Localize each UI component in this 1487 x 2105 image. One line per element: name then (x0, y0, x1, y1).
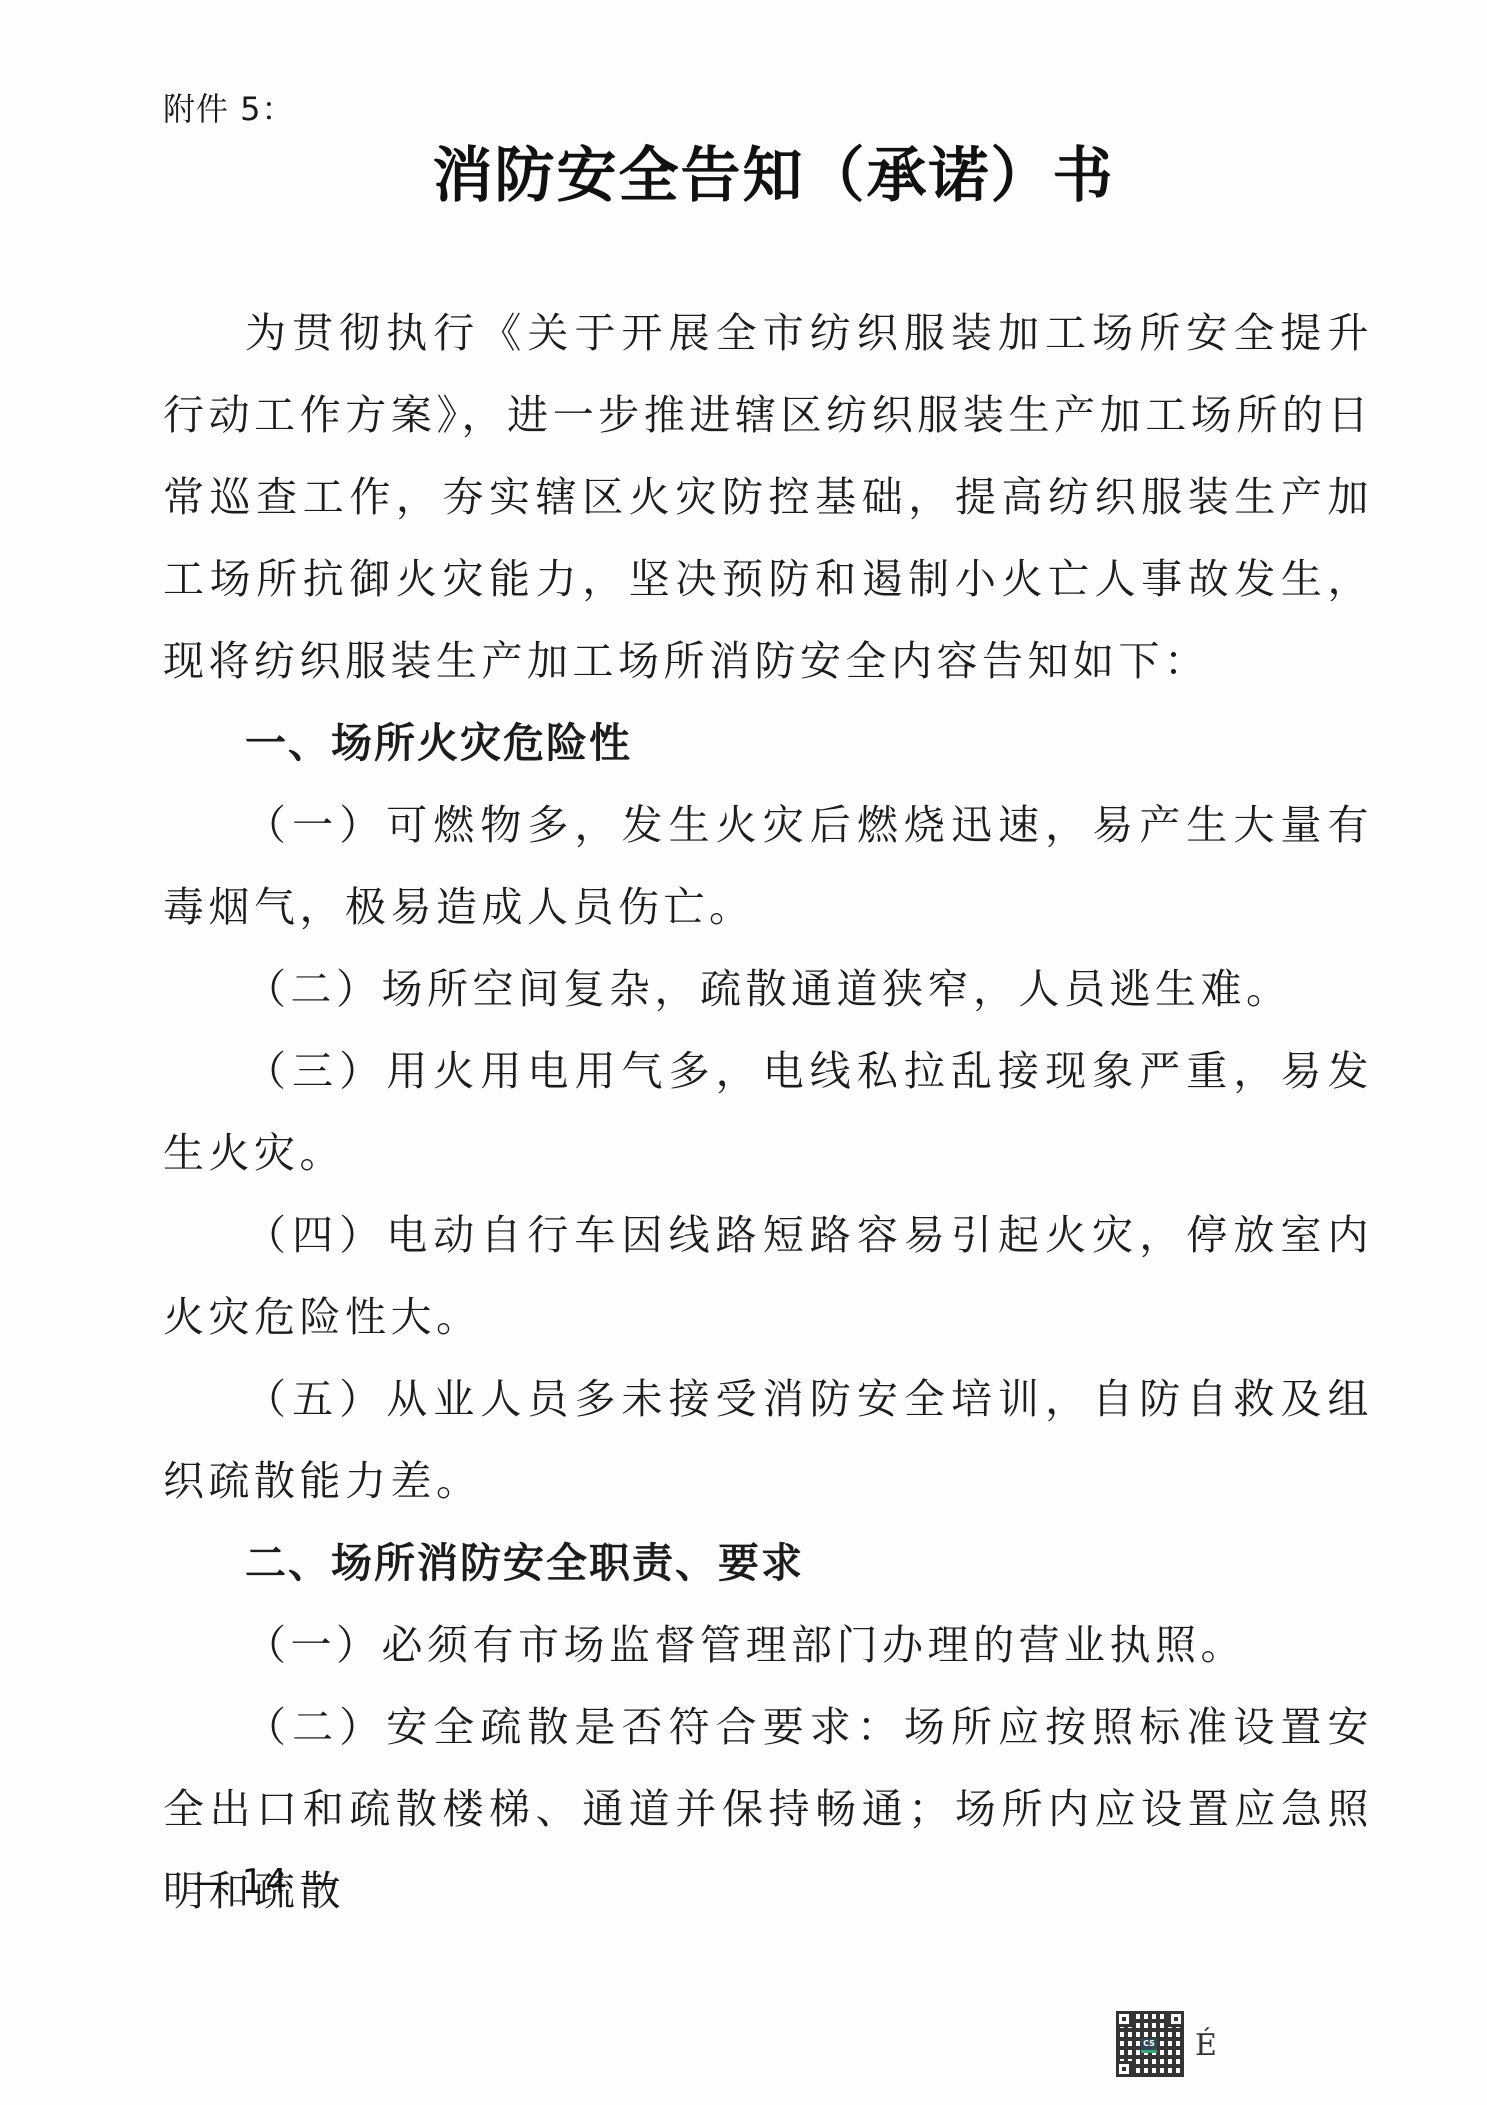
section-heading-2: 二、场所消防安全职责、要求 (163, 1522, 1373, 1604)
document-title: 消防安全告知（承诺）书 (0, 128, 1487, 214)
document-page: 附件 5： 消防安全告知（承诺）书 为贯彻执行《关于开展全市纺织服装加工场所安全… (0, 0, 1487, 2105)
intro-paragraph: 为贯彻执行《关于开展全市纺织服装加工场所安全提升行动工作方案》，进一步推进辖区纺… (163, 292, 1373, 702)
qr-finder-icon (1116, 2061, 1132, 2077)
section-1-item-4: （四）电动自行车因线路短路容易引起火灾，停放室内火灾危险性大。 (163, 1194, 1373, 1358)
qr-finder-icon (1168, 2011, 1184, 2027)
document-body: 为贯彻执行《关于开展全市纺织服装加工场所安全提升行动工作方案》，进一步推进辖区纺… (163, 292, 1373, 1932)
scanner-logo-icon: CS (1141, 2038, 1157, 2053)
section-1-item-3: （三）用火用电用气多，电线私拉乱接现象严重，易发生火灾。 (163, 1030, 1373, 1194)
scan-mark: É (1195, 2028, 1217, 2063)
section-1-item-1: （一）可燃物多，发生火灾后燃烧迅速，易产生大量有毒烟气，极易造成人员伤亡。 (163, 784, 1373, 948)
section-2-item-1: （一）必须有市场监督管理部门办理的营业执照。 (163, 1604, 1373, 1686)
page-number: — 14 — (193, 1862, 338, 1902)
qr-finder-icon (1116, 2011, 1132, 2027)
section-heading-1: 一、场所火灾危险性 (163, 702, 1373, 784)
section-1-item-5: （五）从业人员多未接受消防安全培训，自防自救及组织疏散能力差。 (163, 1358, 1373, 1522)
section-1-item-2: （二）场所空间复杂，疏散通道狭窄，人员逃生难。 (163, 948, 1373, 1030)
section-2-item-2: （二）安全疏散是否符合要求：场所应按照标准设置安全出口和疏散楼梯、通道并保持畅通… (163, 1686, 1373, 1932)
attachment-label: 附件 5： (163, 84, 295, 130)
